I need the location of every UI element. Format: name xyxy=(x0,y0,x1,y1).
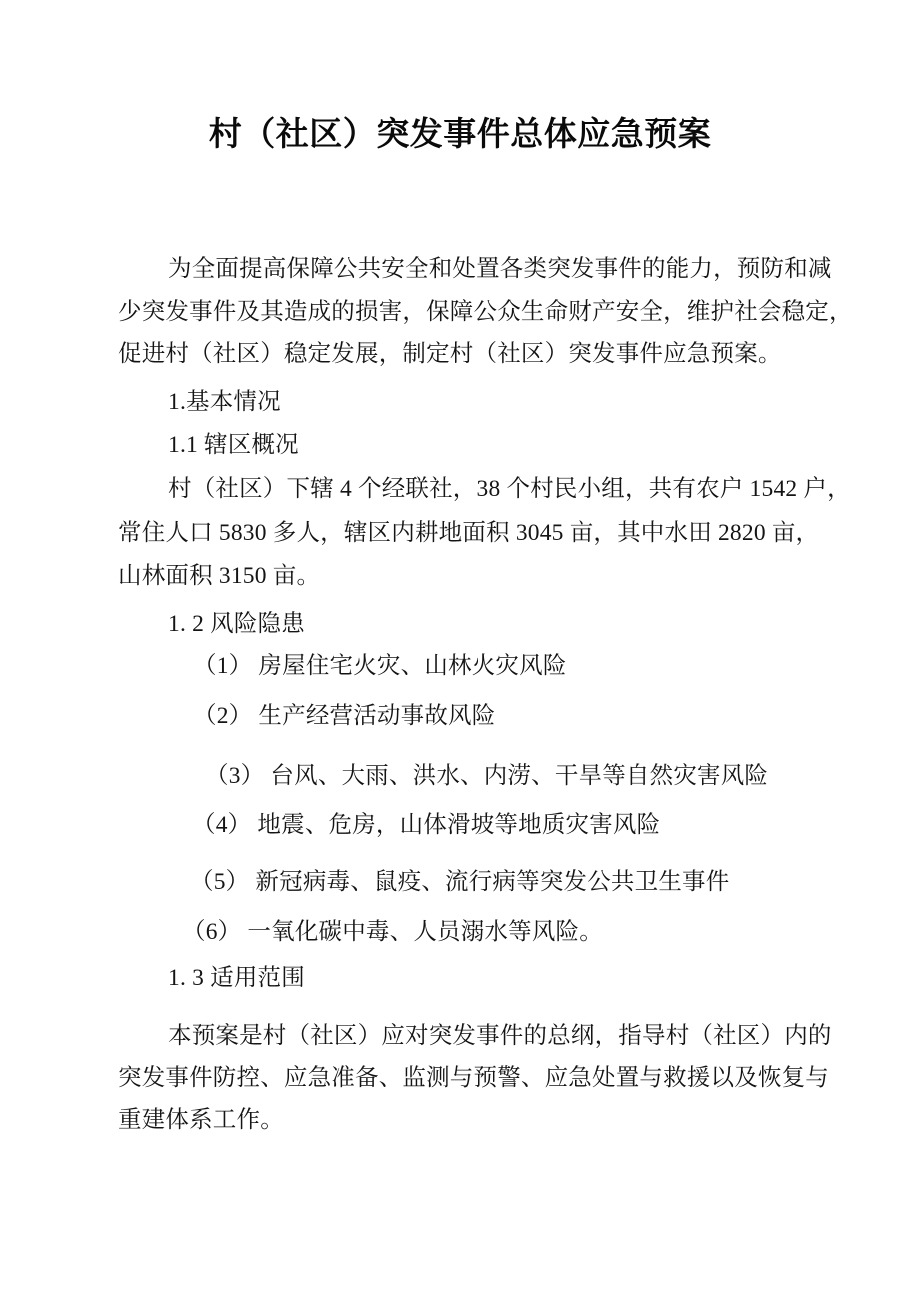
risk-item-2: （2） 生产经营活动事故风险 xyxy=(193,701,495,732)
intro-paragraph-line-1: 为全面提高保障公共安全和处置各类突发事件的能力，预防和减 xyxy=(168,254,832,285)
intro-paragraph-line-2: 少突发事件及其造成的损害，保障公众生命财产安全，维护社会稳定， xyxy=(118,297,853,328)
scope-paragraph-line-2: 突发事件防控、应急准备、监测与预警、应急处置与救援以及恢复与 xyxy=(118,1063,829,1094)
risk-item-6: （6） 一氧化碳中毒、人员溺水等风险。 xyxy=(182,917,603,948)
document-page: 村（社区）突发事件总体应急预案 为全面提高保障公共安全和处置各类突发事件的能力，… xyxy=(0,0,920,1301)
heading-scope: 1. 3 适用范围 xyxy=(168,963,305,994)
scope-paragraph-line-3: 重建体系工作。 xyxy=(118,1105,284,1136)
scope-paragraph-line-1: 本预案是村（社区）应对突发事件的总纲，指导村（社区）内的 xyxy=(168,1021,832,1052)
area-overview-line-1: 村（社区）下辖 4 个经联社，38 个村民小组，共有农户 1542 户， xyxy=(168,474,851,505)
heading-area-overview: 1.1 辖区概况 xyxy=(168,430,299,461)
risk-item-1: （1） 房屋住宅火灾、山林火灾风险 xyxy=(193,651,567,682)
area-overview-line-3: 山林面积 3150 亩。 xyxy=(118,561,320,592)
area-overview-line-2: 常住人口 5830 多人，辖区内耕地面积 3045 亩，其中水田 2820 亩， xyxy=(118,518,819,549)
risk-item-4: （4） 地震、危房，山体滑坡等地质灾害风险 xyxy=(192,810,660,841)
risk-item-5: （5） 新冠病毒、鼠疫、流行病等突发公共卫生事件 xyxy=(190,867,729,898)
document-title: 村（社区）突发事件总体应急预案 xyxy=(0,113,920,155)
risk-item-3: （3） 台风、大雨、洪水、内涝、干旱等自然灾害风险 xyxy=(205,761,768,792)
heading-risk-hazards: 1. 2 风险隐患 xyxy=(168,609,305,640)
intro-paragraph-line-3: 促进村（社区）稳定发展，制定村（社区）突发事件应急预案。 xyxy=(118,339,782,370)
heading-basic-info: 1.基本情况 xyxy=(168,387,281,418)
